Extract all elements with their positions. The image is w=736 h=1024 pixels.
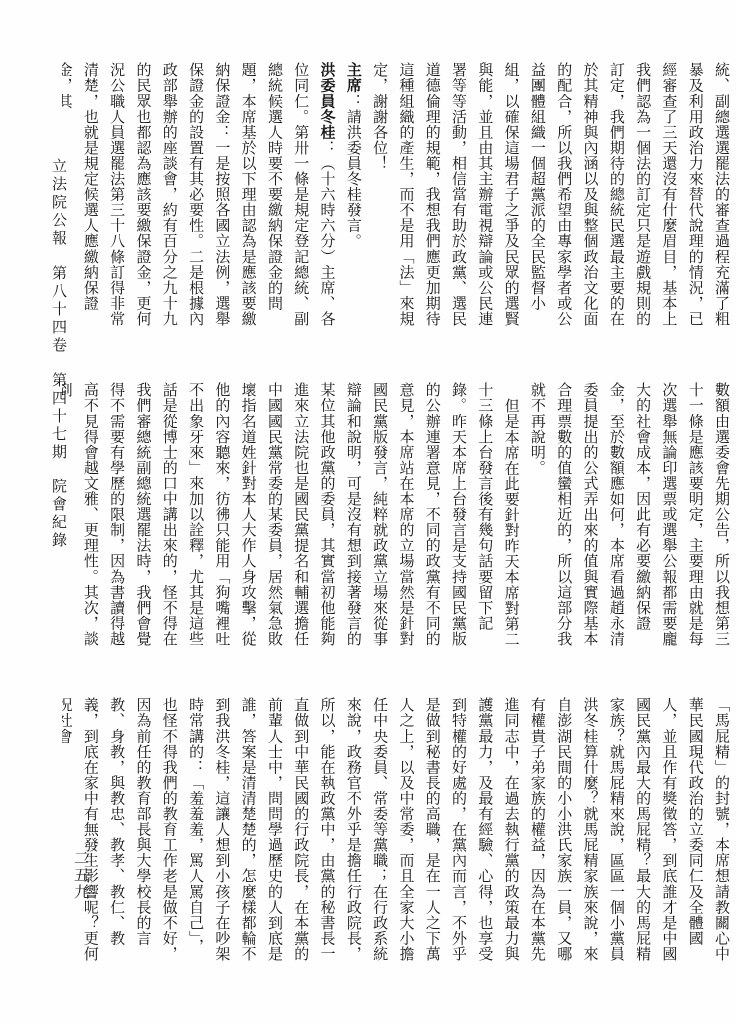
content-band-1: 統、副總選選罷法的審查過程充滿了粗暴及利用政治力來替代說理的情況，已經審查了三天… — [62, 62, 734, 327]
content-band-3: 「馬屁精」的封號，本席想請教關心中華民國現代政治的立委同仁及全體國人，並且作有獎… — [62, 697, 734, 962]
speech-text: ：（十六時六分）主席、各位同仁。第卅一條是規定登記總統、副總統候選人時要不要繳納… — [62, 62, 335, 326]
speech-text: 「馬屁精」的封號，本席想請教關心中華民國現代政治的立委同仁及全體國人，並且作有獎… — [62, 697, 729, 961]
speech-paragraph: 但是本席在此要針對昨天本席對第二十三條上台發言後有幾句話要留下記錄。昨天本席上台… — [62, 382, 524, 647]
content-band-2: 數額由選委會先期公告，所以我想第三十一條是應該要明定，主要理由就是每次選舉無論印… — [62, 382, 734, 647]
speech-text: 但是本席在此要針對昨天本席對第二十三條上台發言後有幾句話要留下記錄。昨天本席上台… — [62, 382, 519, 646]
chair-paragraph: 主席：請洪委員冬桂發言。 — [340, 62, 366, 327]
gazette-page: 立法院公報 第八十四卷 第四十七期 院會紀錄 二五九 統、副總選選罷法的審查過程… — [0, 0, 736, 1024]
chair-text: ：請洪委員冬桂發言。 — [345, 93, 361, 249]
speech-paragraph: 「馬屁精」的封號，本席想請教關心中華民國現代政治的立委同仁及全體國人，並且作有獎… — [62, 697, 734, 962]
speech-text: 數額由選委會先期公告，所以我想第三十一條是應該要明定，主要理由就是每次選舉無論印… — [529, 382, 729, 646]
speech-paragraph: 數額由選委會先期公告，所以我想第三十一條是應該要明定，主要理由就是每次選舉無論印… — [524, 382, 734, 647]
speech-paragraph: 洪委員冬桂：（十六時六分）主席、各位同仁。第卅一條是規定登記總統、副總統候選人時… — [62, 62, 340, 327]
speech-paragraph: 統、副總選選罷法的審查過程充滿了粗暴及利用政治力來替代說理的情況，已經審查了三天… — [366, 62, 734, 327]
speech-text: 統、副總選選罷法的審查過程充滿了粗暴及利用政治力來替代說理的情況，已經審查了三天… — [371, 62, 729, 326]
speaker-name: 洪委員冬桂 — [319, 62, 335, 140]
speaker-name: 主席 — [345, 62, 361, 93]
